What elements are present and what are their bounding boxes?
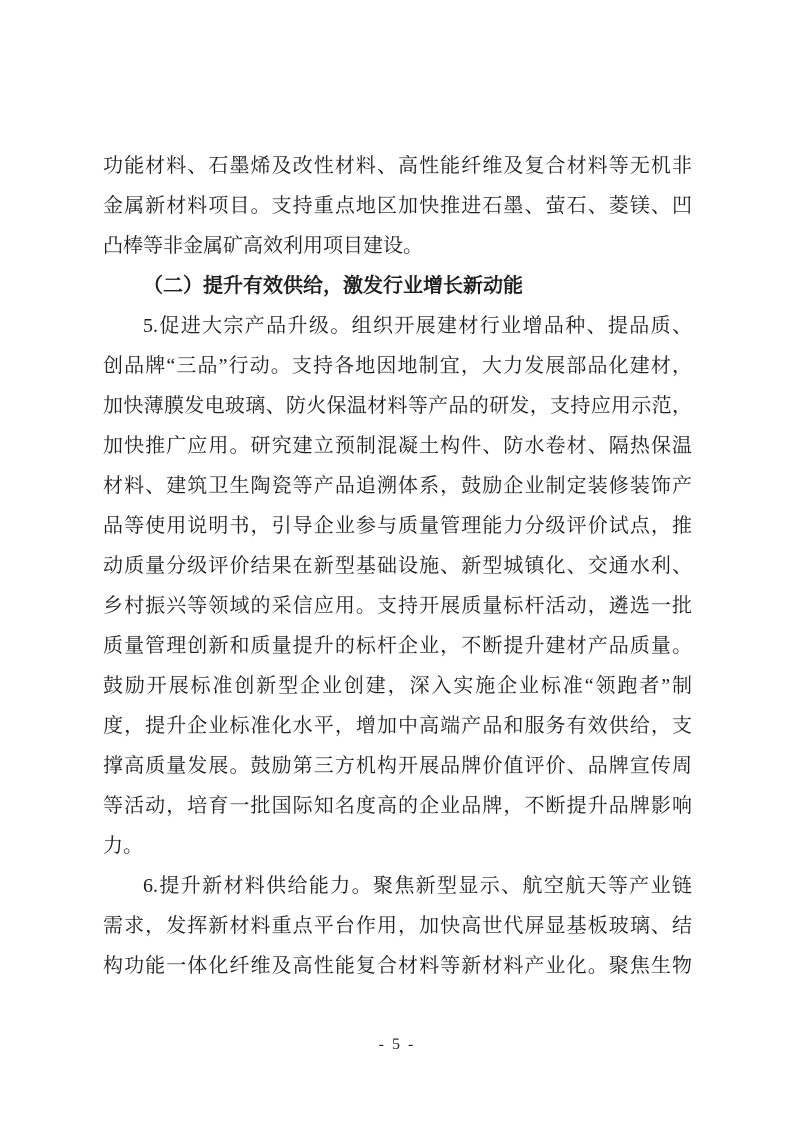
text-line: 金属新材料项目。支持重点地区加快推进石墨、萤石、菱镁、凹 xyxy=(103,186,692,226)
document-page: 功能材料、石墨烯及改性材料、高性能纤维及复合材料等无机非金属新材料项目。支持重点… xyxy=(0,0,794,1123)
text-line: 等活动，培育一批国际知名度高的企业品牌，不断提升品牌影响 xyxy=(103,786,692,826)
text-line: 度，提升企业标准化水平，增加中高端产品和服务有效供给，支 xyxy=(103,706,692,746)
text-line: 创品牌“三品”行动。支持各地因地制宜，大力发展部品化建材， xyxy=(103,346,692,386)
text-line: 质量管理创新和质量提升的标杆企业，不断提升建材产品质量。 xyxy=(103,626,692,666)
text-line: 功能材料、石墨烯及改性材料、高性能纤维及复合材料等无机非 xyxy=(103,146,692,186)
text-line: 鼓励开展标准创新型企业创建，深入实施企业标准“领跑者”制 xyxy=(103,666,692,706)
document-body: 功能材料、石墨烯及改性材料、高性能纤维及复合材料等无机非金属新材料项目。支持重点… xyxy=(103,146,692,986)
text-line: 撑高质量发展。鼓励第三方机构开展品牌价值评价、品牌宣传周 xyxy=(103,746,692,786)
text-line: 凸棒等非金属矿高效利用项目建设。 xyxy=(103,226,692,266)
text-line: 需求，发挥新材料重点平台作用，加快高世代屏显基板玻璃、结 xyxy=(103,906,692,946)
page-number: - 5 - xyxy=(0,1036,794,1054)
text-line: 材料、建筑卫生陶瓷等产品追溯体系，鼓励企业制定装修装饰产 xyxy=(103,466,692,506)
text-line: 加快推广应用。研究建立预制混凝土构件、防水卷材、隔热保温 xyxy=(103,426,692,466)
text-line: 动质量分级评价结果在新型基础设施、新型城镇化、交通水利、 xyxy=(103,546,692,586)
text-line: 5.促进大宗产品升级。组织开展建材行业增品种、提品质、 xyxy=(103,306,692,346)
text-line: 品等使用说明书，引导企业参与质量管理能力分级评价试点，推 xyxy=(103,506,692,546)
text-line: 力。 xyxy=(103,826,692,866)
text-line: 构功能一体化纤维及高性能复合材料等新材料产业化。聚焦生物 xyxy=(103,946,692,986)
text-line: 加快薄膜发电玻璃、防火保温材料等产品的研发，支持应用示范， xyxy=(103,386,692,426)
text-line: 乡村振兴等领域的采信应用。支持开展质量标杆活动，遴选一批 xyxy=(103,586,692,626)
text-line: 6.提升新材料供给能力。聚焦新型显示、航空航天等产业链 xyxy=(103,866,692,906)
section-heading: （二）提升有效供给，激发行业增长新动能 xyxy=(103,266,692,306)
